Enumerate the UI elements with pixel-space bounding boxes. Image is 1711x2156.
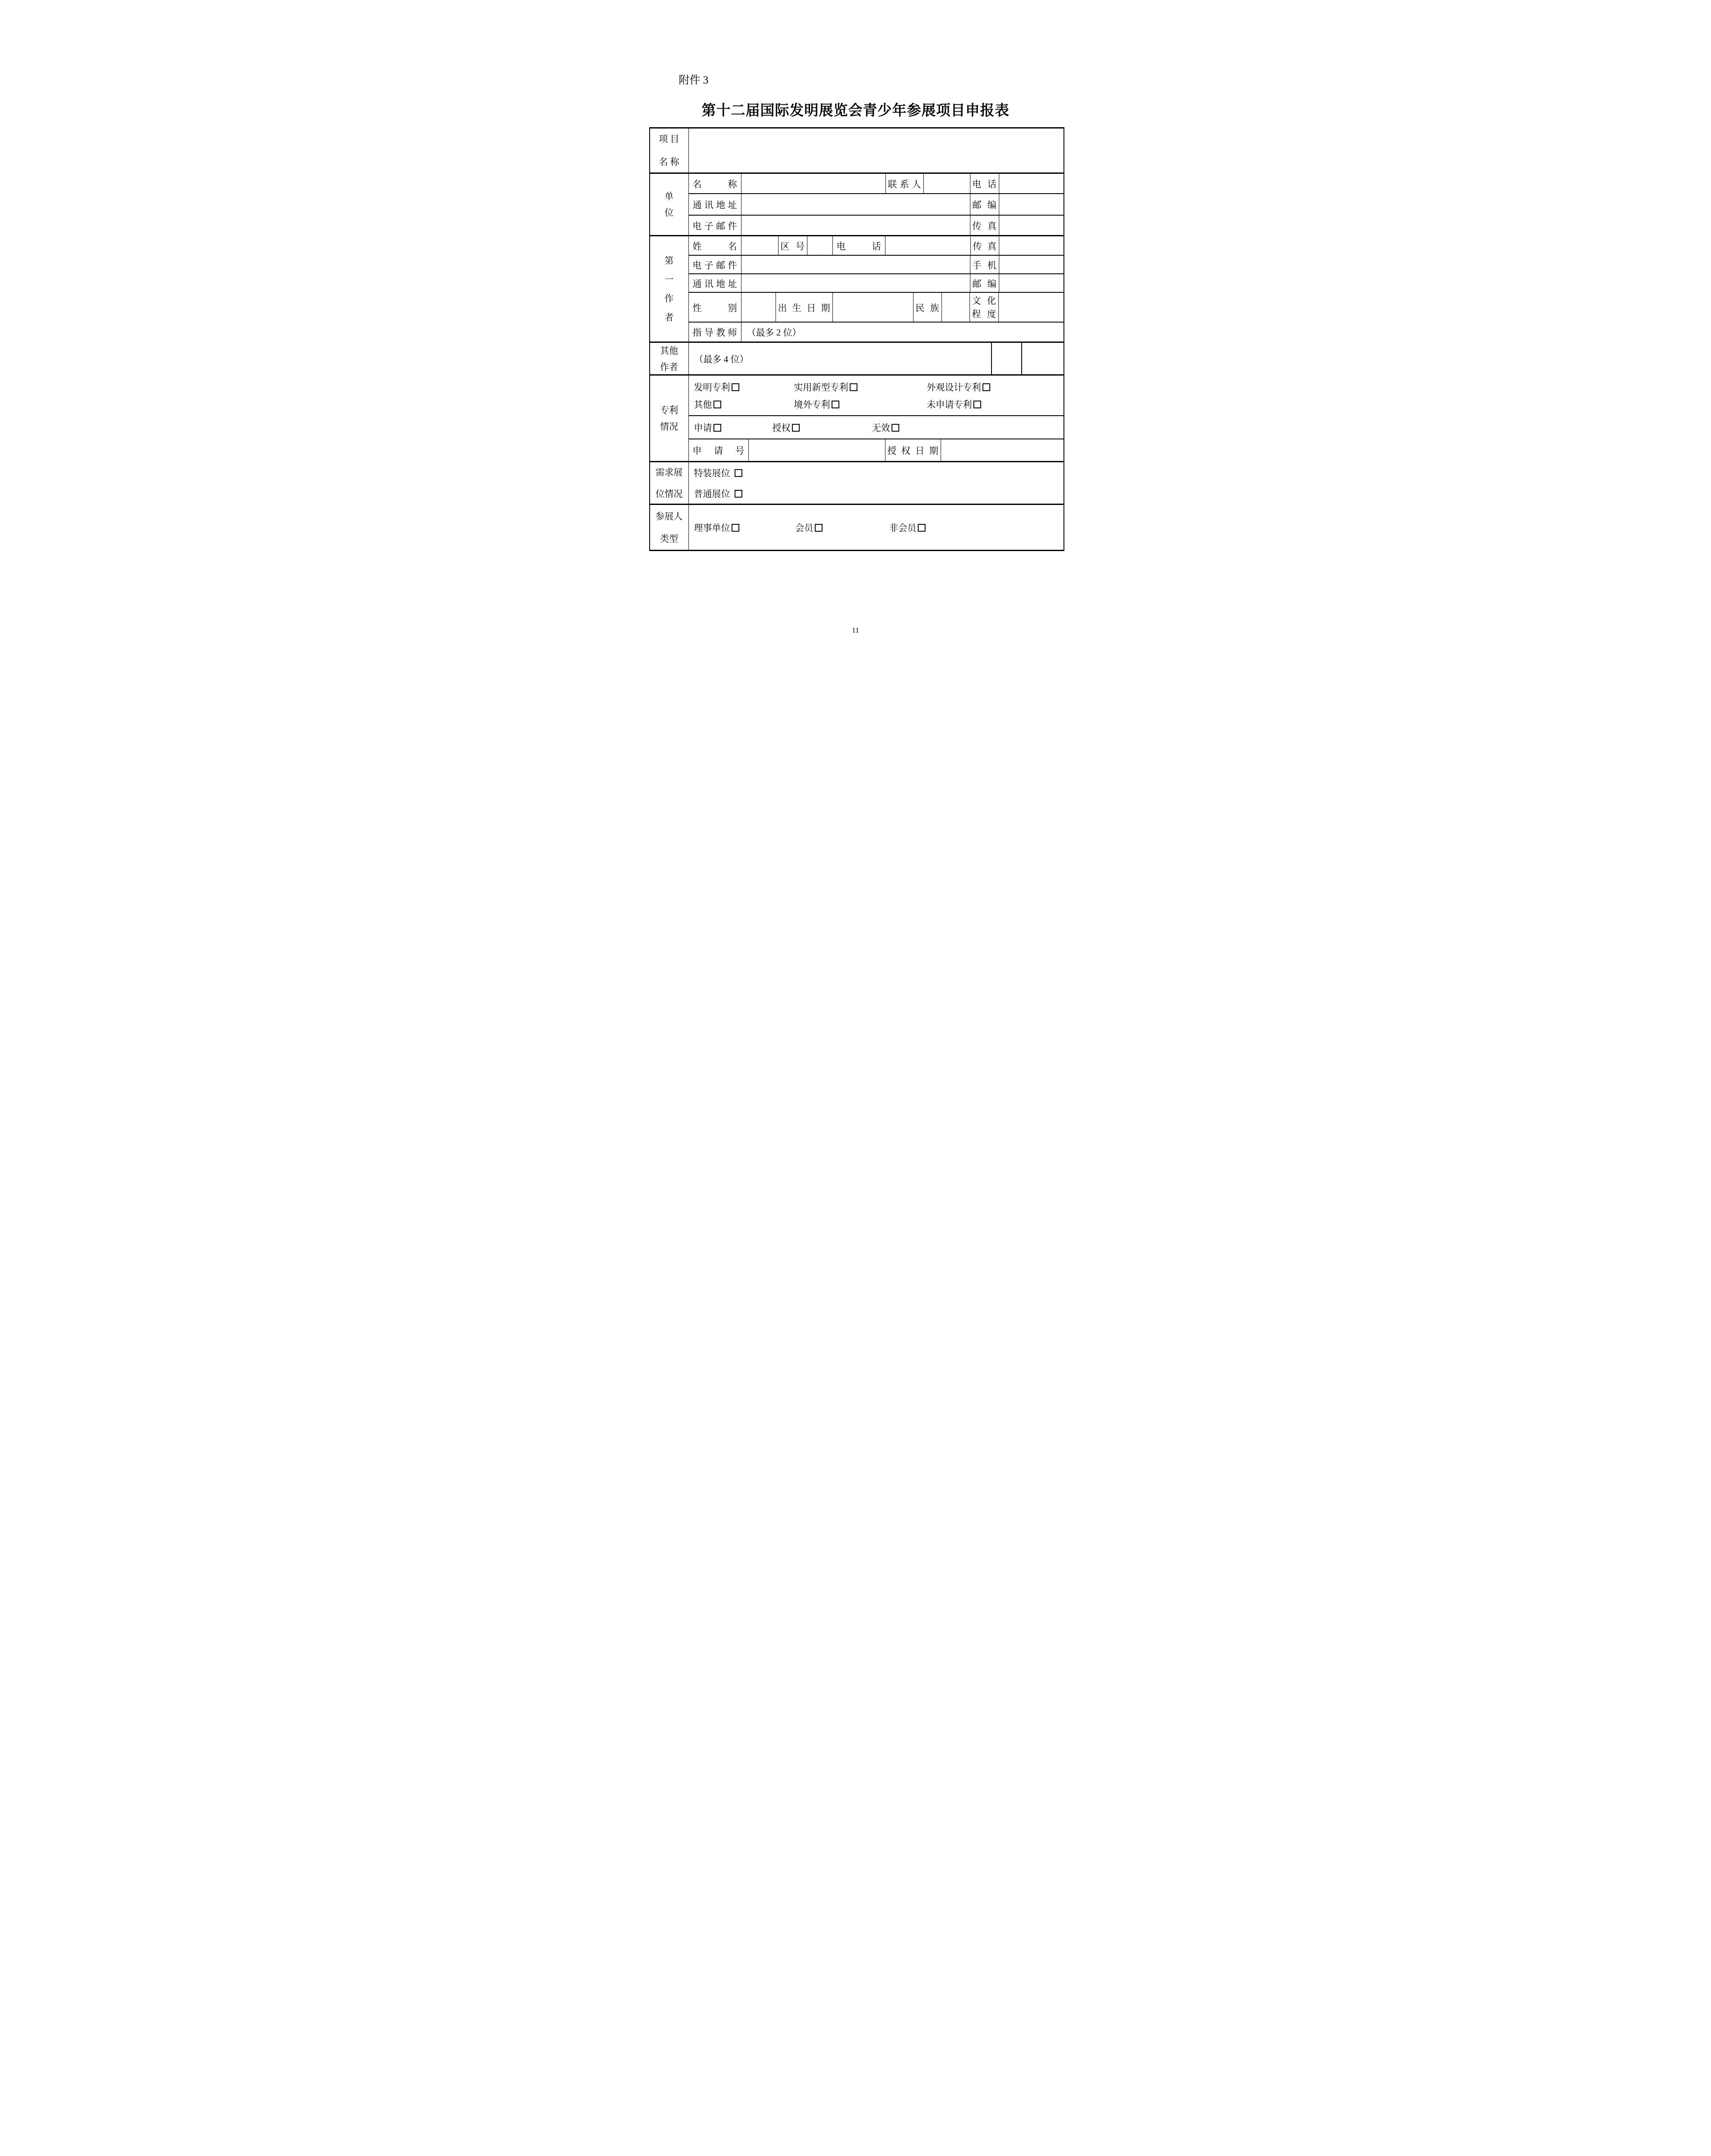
author-gender-row: 性别 出生日期 民族 文化 程度 <box>689 292 1064 322</box>
exhibitor-type-options: 理事单位 会员 非会员 <box>689 505 1064 550</box>
unit-address-input-cell[interactable] <box>741 194 970 215</box>
no-patent-applied-label: 未申请专利 <box>927 399 972 410</box>
other-authors-note: （最多 4 位） <box>694 352 749 365</box>
document-page: 附件 3 第十二届国际发明展览会青少年参展项目申报表 项 目 名 称 单 位 名… <box>619 0 1093 671</box>
unit-phone-input-cell[interactable] <box>999 174 1064 193</box>
patent-type-utility-model[interactable]: 实用新型专利 <box>794 380 927 393</box>
exhibitor-council-unit[interactable]: 理事单位 <box>694 521 795 534</box>
application-form-table: 项 目 名 称 单 位 名称 联系人 电话 通讯地址 <box>649 127 1064 551</box>
author-ethnicity-input-cell[interactable] <box>942 293 970 322</box>
unit-email-row: 电子邮件 传真 <box>689 215 1064 235</box>
grant-date-label: 授权日期 <box>885 444 941 457</box>
exhibitor-member[interactable]: 会员 <box>795 521 889 534</box>
unit-name-row: 名称 联系人 电话 <box>689 174 1064 193</box>
unit-section-label: 单 位 <box>650 174 689 235</box>
invalid-label: 无效 <box>872 423 890 433</box>
unit-email-label: 电子邮件 <box>689 219 741 232</box>
author-address-input-cell[interactable] <box>741 274 970 292</box>
author-phone-label: 电话 <box>833 239 885 252</box>
page-number: 11 <box>619 626 1093 635</box>
patent-status-row: 申请 授权 无效 <box>689 415 1064 439</box>
author-fax-label-cell: 传真 <box>971 236 999 255</box>
attachment-label: 附件 3 <box>679 72 709 87</box>
applied-label: 申请 <box>694 423 712 433</box>
design-patent-checkbox[interactable] <box>982 383 990 391</box>
unit-name-input-cell[interactable] <box>741 174 886 193</box>
patent-type-none-applied[interactable]: 未申请专利 <box>927 398 1064 411</box>
member-label: 会员 <box>795 523 813 533</box>
author-ethnicity-label: 民族 <box>913 301 942 314</box>
patent-application-row: 申请号 授权日期 <box>689 439 1064 461</box>
standard-booth-checkbox[interactable] <box>735 490 742 498</box>
booth-options: 特装展位 普通展位 <box>689 462 1064 504</box>
booth-section-label: 需求展 位情况 <box>650 462 689 504</box>
author-birth-date-label: 出生日期 <box>776 301 832 314</box>
unit-postcode-input-cell[interactable] <box>999 194 1064 215</box>
author-email-row: 电子邮件 手机 <box>689 255 1064 273</box>
author-area-code-label: 区号 <box>779 239 807 252</box>
author-mobile-input-cell[interactable] <box>999 256 1064 273</box>
other-authors-extra-cell-1[interactable] <box>992 343 1022 374</box>
advisor-note: （最多 2 位） <box>747 326 801 338</box>
unit-phone-label-cell: 电话 <box>970 174 999 193</box>
non-member-checkbox[interactable] <box>918 524 926 532</box>
other-authors-section-label: 其他 作者 <box>650 343 689 374</box>
unit-email-input-cell[interactable] <box>741 216 970 235</box>
booth-option-standard[interactable]: 普通展位 <box>694 487 742 500</box>
unit-fax-label: 传真 <box>970 219 999 232</box>
author-advisor-row: 指导教师 （最多 2 位） <box>689 322 1064 342</box>
patent-type-row: 发明专利 实用新型专利 外观设计专利 其他 境外专利 未申请专利 <box>689 376 1064 415</box>
grant-date-label-cell: 授权日期 <box>885 439 941 461</box>
patent-status-granted[interactable]: 授权 <box>773 421 872 434</box>
author-postcode-label: 邮编 <box>970 277 999 290</box>
unit-address-row: 通讯地址 邮编 <box>689 193 1064 215</box>
exhibitor-type-section-label: 参展人 类型 <box>650 505 689 550</box>
author-address-row: 通讯地址 邮编 <box>689 273 1064 292</box>
invalid-checkbox[interactable] <box>891 424 899 432</box>
other-authors-extra-cell-2[interactable] <box>1022 343 1064 374</box>
author-education-input-cell[interactable] <box>999 293 1064 322</box>
unit-postcode-label-cell: 邮编 <box>970 194 999 215</box>
no-patent-applied-checkbox[interactable] <box>973 401 981 408</box>
author-mobile-label: 手机 <box>970 258 999 271</box>
invention-patent-checkbox[interactable] <box>732 383 739 391</box>
standard-booth-label: 普通展位 <box>694 489 730 499</box>
author-education-label: 文化 程度 <box>970 294 998 320</box>
section-patent: 专利 情况 发明专利 实用新型专利 外观设计专利 其他 境外专利 未申请专利 <box>650 374 1064 461</box>
patent-section-label: 专利 情况 <box>650 376 689 461</box>
non-member-label: 非会员 <box>889 523 916 533</box>
utility-model-patent-checkbox[interactable] <box>850 383 857 391</box>
exhibitor-non-member[interactable]: 非会员 <box>889 521 1064 534</box>
council-unit-checkbox[interactable] <box>732 524 739 532</box>
application-no-input-cell[interactable] <box>749 439 885 461</box>
author-fax-input-cell[interactable] <box>999 236 1064 255</box>
author-birth-date-label-cell: 出生日期 <box>776 293 833 322</box>
unit-fax-input-cell[interactable] <box>999 216 1064 235</box>
author-name-label-cell: 姓名 <box>689 236 741 255</box>
member-checkbox[interactable] <box>815 524 823 532</box>
other-patent-label: 其他 <box>694 399 712 410</box>
author-area-code-input-cell[interactable] <box>807 236 833 255</box>
patent-type-overseas[interactable]: 境外专利 <box>794 398 927 411</box>
author-phone-label-cell: 电话 <box>833 236 885 255</box>
patent-status-invalid[interactable]: 无效 <box>872 421 1064 434</box>
design-patent-label: 外观设计专利 <box>927 382 981 392</box>
page-title: 第十二届国际发明展览会青少年参展项目申报表 <box>619 99 1093 119</box>
other-authors-input-cell[interactable]: （最多 4 位） <box>689 343 992 374</box>
author-gender-input-cell[interactable] <box>741 293 776 322</box>
other-patent-checkbox[interactable] <box>713 401 721 408</box>
author-email-label-cell: 电子邮件 <box>689 256 741 273</box>
unit-contact-label: 联系人 <box>886 177 923 190</box>
unit-contact-label-cell: 联系人 <box>886 174 924 193</box>
author-birth-date-input-cell[interactable] <box>833 293 913 322</box>
special-booth-label: 特装展位 <box>694 468 730 478</box>
council-unit-label: 理事单位 <box>694 523 730 533</box>
section-other-authors: 其他 作者 （最多 4 位） <box>650 342 1064 374</box>
booth-option-special[interactable]: 特装展位 <box>694 466 742 479</box>
project-name-section-label: 项 目 名 称 <box>650 128 689 172</box>
section-booth: 需求展 位情况 特装展位 普通展位 <box>650 461 1064 504</box>
section-unit: 单 位 名称 联系人 电话 通讯地址 邮编 电子邮件 <box>650 172 1064 235</box>
author-advisor-label: 指导教师 <box>689 326 741 338</box>
patent-type-invention[interactable]: 发明专利 <box>694 380 794 393</box>
author-email-label: 电子邮件 <box>689 258 741 271</box>
author-mobile-label-cell: 手机 <box>970 256 999 273</box>
author-postcode-label-cell: 邮编 <box>970 274 999 292</box>
author-area-code-label-cell: 区号 <box>779 236 807 255</box>
author-education-label-cell: 文化 程度 <box>970 293 999 322</box>
author-postcode-input-cell[interactable] <box>999 274 1064 292</box>
author-name-input-cell[interactable] <box>741 236 779 255</box>
author-fax-label: 传真 <box>971 239 999 252</box>
unit-email-label-cell: 电子邮件 <box>689 216 741 235</box>
author-name-row: 姓名 区号 电话 传真 <box>689 236 1064 255</box>
granted-checkbox[interactable] <box>792 424 800 432</box>
unit-address-label: 通讯地址 <box>689 198 741 211</box>
granted-label: 授权 <box>773 423 791 433</box>
author-gender-label-cell: 性别 <box>689 293 741 322</box>
author-advisor-label-cell: 指导教师 <box>689 323 741 342</box>
section-exhibitor-type: 参展人 类型 理事单位 会员 非会员 <box>650 504 1064 550</box>
unit-name-label: 名称 <box>689 177 741 190</box>
unit-address-label-cell: 通讯地址 <box>689 194 741 215</box>
unit-phone-label: 电话 <box>970 177 999 190</box>
applied-checkbox[interactable] <box>713 424 721 432</box>
patent-type-design[interactable]: 外观设计专利 <box>927 380 1064 393</box>
author-advisor-input-cell[interactable]: （最多 2 位） <box>741 323 1064 342</box>
author-ethnicity-label-cell: 民族 <box>913 293 942 322</box>
patent-type-options: 发明专利 实用新型专利 外观设计专利 其他 境外专利 未申请专利 <box>689 376 1064 415</box>
overseas-patent-checkbox[interactable] <box>832 401 839 408</box>
author-email-input-cell[interactable] <box>741 256 970 273</box>
author-gender-label: 性别 <box>689 301 741 314</box>
unit-contact-input-cell[interactable] <box>924 174 970 193</box>
patent-status-options: 申请 授权 无效 <box>689 416 1064 439</box>
grant-date-input-cell[interactable] <box>941 439 1064 461</box>
invention-patent-label: 发明专利 <box>694 382 730 392</box>
author-phone-input-cell[interactable] <box>885 236 971 255</box>
patent-type-other[interactable]: 其他 <box>694 398 794 411</box>
application-no-label: 申请号 <box>689 444 748 457</box>
utility-model-patent-label: 实用新型专利 <box>794 382 848 392</box>
author-address-label-cell: 通讯地址 <box>689 274 741 292</box>
author-address-label: 通讯地址 <box>689 277 741 290</box>
first-author-section-label: 第 一 作 者 <box>650 236 689 342</box>
section-first-author: 第 一 作 者 姓名 区号 电话 传真 电子邮件 手机 <box>650 235 1064 342</box>
unit-fax-label-cell: 传真 <box>970 216 999 235</box>
overseas-patent-label: 境外专利 <box>794 399 830 410</box>
section-project-name: 项 目 名 称 <box>650 128 1064 172</box>
unit-name-label-cell: 名称 <box>689 174 741 193</box>
special-booth-checkbox[interactable] <box>735 469 742 477</box>
unit-postcode-label: 邮编 <box>970 198 999 211</box>
application-no-label-cell: 申请号 <box>689 439 749 461</box>
author-name-label: 姓名 <box>689 239 741 252</box>
patent-status-applied[interactable]: 申请 <box>694 421 773 434</box>
project-name-input-cell[interactable] <box>689 128 1064 172</box>
